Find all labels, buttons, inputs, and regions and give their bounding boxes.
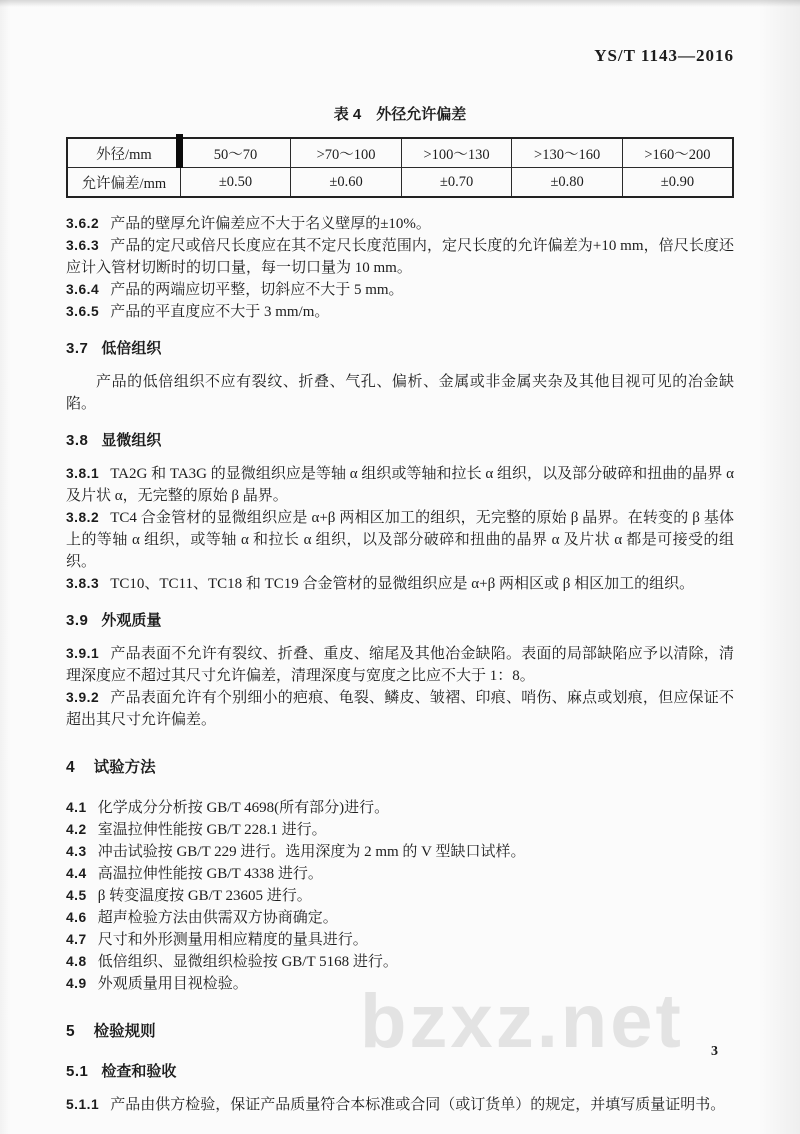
clause-text: 超声检验方法由供需双方协商确定。 xyxy=(98,910,338,926)
clause-number: 3.6.4 xyxy=(66,282,99,297)
clause-number: 3.9.2 xyxy=(66,690,99,705)
table4-cell: ±0.90 xyxy=(622,168,733,198)
clause-text: 室温拉伸性能按 GB/T 228.1 进行。 xyxy=(98,822,327,838)
standard-code: YS/T 1143—2016 xyxy=(66,46,734,66)
clause-number: 4.4 xyxy=(66,866,87,881)
clause-3-6-5: 3.6.5产品的平直度应不大于 3 mm/m。 xyxy=(66,301,734,323)
clause-text: 尺寸和外形测量用相应精度的量具进行。 xyxy=(98,932,368,948)
heading-3-7: 3.7低倍组织 xyxy=(66,338,734,360)
heading-number: 5.1 xyxy=(66,1063,88,1080)
heading-title: 外观质量 xyxy=(101,612,161,629)
clause-text: TA2G 和 TA3G 的显微组织应是等轴 α 组织或等轴和拉长 α 组织，以及… xyxy=(66,466,734,504)
clause-3-8-1: 3.8.1TA2G 和 TA3G 的显微组织应是等轴 α 组织或等轴和拉长 α … xyxy=(66,463,734,507)
clause-number: 3.6.5 xyxy=(66,304,99,319)
clause-3-8-3: 3.8.3TC10、TC11、TC18 和 TC19 合金管材的显微组织应是 α… xyxy=(66,573,734,595)
heading-number: 3.8 xyxy=(66,432,88,449)
clause-text: 外观质量用目视检验。 xyxy=(98,976,248,992)
clause-number: 4.7 xyxy=(66,932,87,947)
table4-cell: >100～130 xyxy=(401,138,512,168)
clause-text: 冲击试验按 GB/T 229 进行。选用深度为 2 mm 的 V 型缺口试样。 xyxy=(98,844,526,860)
table4-cell: ±0.80 xyxy=(512,168,623,198)
clause-number: 3.8.1 xyxy=(66,466,99,481)
clause-3-6-2: 3.6.2产品的壁厚允许偏差应不大于名义壁厚的±10%。 xyxy=(66,213,734,235)
clause-3-9-1: 3.9.1产品表面不允许有裂纹、折叠、重皮、缩尾及其他冶金缺陷。表面的局部缺陷应… xyxy=(66,643,734,687)
clause-text: 产品的两端应切平整，切斜应不大于 5 mm。 xyxy=(110,282,403,298)
clause-4-1: 4.1化学成分分析按 GB/T 4698(所有部分)进行。 xyxy=(66,797,734,819)
heading-5: 5检验规则 xyxy=(66,1021,734,1043)
clause-number: 3.8.2 xyxy=(66,510,99,525)
table4-cell: >70～100 xyxy=(291,138,402,168)
table4-cell: >160～200 xyxy=(622,138,733,168)
clause-number: 4.8 xyxy=(66,954,87,969)
clause-number: 4.9 xyxy=(66,976,87,991)
table4: 外径/mm 50～70 >70～100 >100～130 >130～160 >1… xyxy=(66,137,734,198)
clause-text: TC4 合金管材的显微组织应是 α+β 两相区加工的组织，无完整的原始 β 晶界… xyxy=(66,510,734,570)
clause-number: 3.6.3 xyxy=(66,238,99,253)
clause-3-9-2: 3.9.2产品表面允许有个别细小的疤痕、龟裂、鳞皮、皱褶、印痕、哨伤、麻点或划痕… xyxy=(66,687,734,731)
clause-number: 4.2 xyxy=(66,822,87,837)
clause-text: 产品表面不允许有裂纹、折叠、重皮、缩尾及其他冶金缺陷。表面的局部缺陷应予以清除，… xyxy=(66,646,734,684)
clause-4-8: 4.8低倍组织、显微组织检验按 GB/T 5168 进行。 xyxy=(66,951,734,973)
scan-ink-mark xyxy=(176,134,183,168)
table4-cell: >130～160 xyxy=(512,138,623,168)
table-row: 允许偏差/mm ±0.50 ±0.60 ±0.70 ±0.80 ±0.90 xyxy=(67,168,733,198)
clause-text: 产品的平直度应不大于 3 mm/m。 xyxy=(110,304,329,320)
clause-number: 4.6 xyxy=(66,910,87,925)
clause-text: 化学成分分析按 GB/T 4698(所有部分)进行。 xyxy=(98,800,389,816)
clause-4-3: 4.3冲击试验按 GB/T 229 进行。选用深度为 2 mm 的 V 型缺口试… xyxy=(66,841,734,863)
clause-3-8-2: 3.8.2TC4 合金管材的显微组织应是 α+β 两相区加工的组织，无完整的原始… xyxy=(66,507,734,573)
clause-3-6-3: 3.6.3产品的定尺或倍尺长度应在其不定尺长度范围内，定尺长度的允许偏差为+10… xyxy=(66,235,734,279)
table4-cell: 50～70 xyxy=(180,138,291,168)
clause-number: 4.3 xyxy=(66,844,87,859)
clause-4-4: 4.4高温拉伸性能按 GB/T 4338 进行。 xyxy=(66,863,734,885)
clause-4-9: 4.9外观质量用目视检验。 xyxy=(66,973,734,995)
heading-title: 显微组织 xyxy=(101,432,161,449)
table4-wrapper: 外径/mm 50～70 >70～100 >100～130 >130～160 >1… xyxy=(66,137,734,198)
table4-cell: ±0.50 xyxy=(180,168,291,198)
heading-title: 检验规则 xyxy=(94,1023,156,1040)
clause-text: 产品的壁厚允许偏差应不大于名义壁厚的±10%。 xyxy=(110,216,431,232)
page-content: YS/T 1143—2016 表 4 外径允许偏差 外径/mm 50～70 >7… xyxy=(0,0,800,1116)
clause-4-7: 4.7尺寸和外形测量用相应精度的量具进行。 xyxy=(66,929,734,951)
body-text: 3.6.2产品的壁厚允许偏差应不大于名义壁厚的±10%。 3.6.3产品的定尺或… xyxy=(66,213,734,1116)
clause-4-2: 4.2室温拉伸性能按 GB/T 228.1 进行。 xyxy=(66,819,734,841)
clause-text: β 转变温度按 GB/T 23605 进行。 xyxy=(98,888,312,904)
clause-text: 产品由供方检验，保证产品质量符合本标准或合同（或订货单）的规定，并填写质量证明书… xyxy=(110,1097,725,1113)
table4-row-header: 外径/mm xyxy=(67,138,180,168)
clause-number: 3.6.2 xyxy=(66,216,99,231)
table4-cell: ±0.70 xyxy=(401,168,512,198)
heading-number: 3.7 xyxy=(66,340,88,357)
clause-number: 3.8.3 xyxy=(66,576,99,591)
heading-4: 4试验方法 xyxy=(66,757,734,779)
clause-text: 产品表面允许有个别细小的疤痕、龟裂、鳞皮、皱褶、印痕、哨伤、麻点或划痕，但应保证… xyxy=(66,690,734,728)
table4-row-header: 允许偏差/mm xyxy=(67,168,180,198)
clause-4-6: 4.6超声检验方法由供需双方协商确定。 xyxy=(66,907,734,929)
clause-4-5: 4.5β 转变温度按 GB/T 23605 进行。 xyxy=(66,885,734,907)
clause-5-1-1: 5.1.1产品由供方检验，保证产品质量符合本标准或合同（或订货单）的规定，并填写… xyxy=(66,1094,734,1116)
page-number: 3 xyxy=(711,1044,718,1060)
clause-text: 低倍组织、显微组织检验按 GB/T 5168 进行。 xyxy=(98,954,398,970)
table4-title: 表 4 外径允许偏差 xyxy=(66,106,734,124)
clause-text: TC10、TC11、TC18 和 TC19 合金管材的显微组织应是 α+β 两相… xyxy=(110,576,694,592)
heading-3-8: 3.8显微组织 xyxy=(66,430,734,452)
document-page: bzxz.net YS/T 1143—2016 表 4 外径允许偏差 外径/mm… xyxy=(0,0,800,1134)
table4-cell: ±0.60 xyxy=(291,168,402,198)
paragraph-3-7: 产品的低倍组织不应有裂纹、折叠、气孔、偏析、金属或非金属夹杂及其他目视可见的冶金… xyxy=(66,371,734,415)
heading-number: 4 xyxy=(66,759,75,776)
clause-text: 产品的定尺或倍尺长度应在其不定尺长度范围内，定尺长度的允许偏差为+10 mm，倍… xyxy=(66,238,734,276)
clause-number: 4.1 xyxy=(66,800,87,815)
heading-title: 检查和验收 xyxy=(101,1063,176,1080)
heading-3-9: 3.9外观质量 xyxy=(66,610,734,632)
heading-number: 3.9 xyxy=(66,612,88,629)
clause-3-6-4: 3.6.4产品的两端应切平整，切斜应不大于 5 mm。 xyxy=(66,279,734,301)
heading-title: 低倍组织 xyxy=(101,340,161,357)
table-row: 外径/mm 50～70 >70～100 >100～130 >130～160 >1… xyxy=(67,138,733,168)
clause-number: 4.5 xyxy=(66,888,87,903)
heading-title: 试验方法 xyxy=(94,759,156,776)
clause-number: 5.1.1 xyxy=(66,1097,99,1112)
clause-text: 高温拉伸性能按 GB/T 4338 进行。 xyxy=(98,866,323,882)
heading-number: 5 xyxy=(66,1023,75,1040)
clause-number: 3.9.1 xyxy=(66,646,99,661)
heading-5-1: 5.1检查和验收 xyxy=(66,1061,734,1083)
